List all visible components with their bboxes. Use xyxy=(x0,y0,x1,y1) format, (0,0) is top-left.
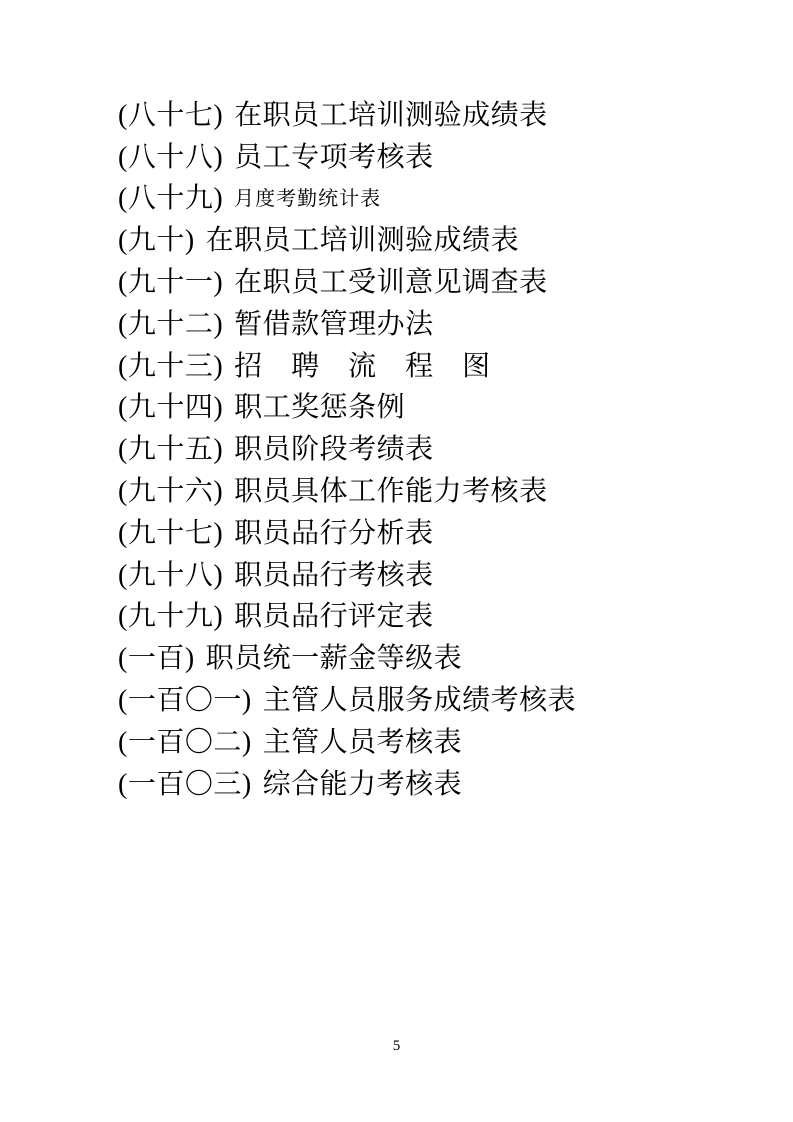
list-item: (九十四) 职工奖惩条例 xyxy=(118,388,753,430)
item-number: (九十六) xyxy=(118,478,223,506)
list-item: (一百〇二) 主管人员考核表 xyxy=(118,722,753,764)
item-title: 员工专项考核表 xyxy=(234,144,434,172)
item-title: 在职员工培训测验成绩表 xyxy=(206,227,520,255)
item-number: (九十七) xyxy=(118,520,223,548)
item-title: 职员具体工作能力考核表 xyxy=(234,478,548,506)
item-number: (九十二) xyxy=(118,311,223,339)
item-number: (九十五) xyxy=(118,436,223,464)
item-number: (一百〇二) xyxy=(118,729,252,757)
list-item: (九十八) 职员品行考核表 xyxy=(118,555,753,597)
item-number: (八十八) xyxy=(118,144,223,172)
item-number: (九十三) xyxy=(118,353,223,381)
item-number: (九十九) xyxy=(118,603,223,631)
item-title: 招 聘 流 程 图 xyxy=(234,353,491,381)
item-title: 职员品行分析表 xyxy=(234,520,434,548)
item-title: 主管人员服务成绩考核表 xyxy=(263,687,577,715)
list-item: (八十九) 月度考勤统计表 xyxy=(118,179,753,221)
item-number: (一百〇三) xyxy=(118,771,252,799)
item-number: (一百) xyxy=(118,645,195,673)
list-item: (九十一) 在职员工受训意见调查表 xyxy=(118,262,753,304)
list-item: (九十) 在职员工培训测验成绩表 xyxy=(118,220,753,262)
item-title: 职员统一薪金等级表 xyxy=(206,645,463,673)
item-title: 职工奖惩条例 xyxy=(234,394,405,422)
item-title: 职员品行评定表 xyxy=(234,603,434,631)
item-number: (九十) xyxy=(118,227,195,255)
item-number: (九十四) xyxy=(118,394,223,422)
list-item: (一百) 职员统一薪金等级表 xyxy=(118,638,753,680)
item-title: 月度考勤统计表 xyxy=(234,189,381,209)
list-item: (九十七) 职员品行分析表 xyxy=(118,513,753,555)
item-number: (八十七) xyxy=(118,102,223,130)
list-item: (八十八) 员工专项考核表 xyxy=(118,137,753,179)
item-title: 在职员工培训测验成绩表 xyxy=(234,102,548,130)
item-number: (九十一) xyxy=(118,269,223,297)
list-item: (九十九) 职员品行评定表 xyxy=(118,597,753,639)
list-item: (九十五) 职员阶段考绩表 xyxy=(118,429,753,471)
item-title: 职员阶段考绩表 xyxy=(234,436,434,464)
item-title: 在职员工受训意见调查表 xyxy=(234,269,548,297)
page-number: 5 xyxy=(0,1038,793,1055)
item-number: (九十八) xyxy=(118,562,223,590)
item-title: 暂借款管理办法 xyxy=(234,311,434,339)
item-title: 职员品行考核表 xyxy=(234,562,434,590)
list-item: (九十六) 职员具体工作能力考核表 xyxy=(118,471,753,513)
list-item: (九十三) 招 聘 流 程 图 xyxy=(118,346,753,388)
form-index-list: (八十七) 在职员工培训测验成绩表 (八十八) 员工专项考核表 (八十九) 月度… xyxy=(118,95,753,806)
item-number: (八十九) xyxy=(118,185,223,213)
document-page: (八十七) 在职员工培训测验成绩表 (八十八) 员工专项考核表 (八十九) 月度… xyxy=(0,0,793,1122)
list-item: (八十七) 在职员工培训测验成绩表 xyxy=(118,95,753,137)
list-item: (一百〇一) 主管人员服务成绩考核表 xyxy=(118,680,753,722)
item-title: 主管人员考核表 xyxy=(263,729,463,757)
list-item: (一百〇三) 综合能力考核表 xyxy=(118,764,753,806)
item-title: 综合能力考核表 xyxy=(263,771,463,799)
list-item: (九十二) 暂借款管理办法 xyxy=(118,304,753,346)
item-number: (一百〇一) xyxy=(118,687,252,715)
